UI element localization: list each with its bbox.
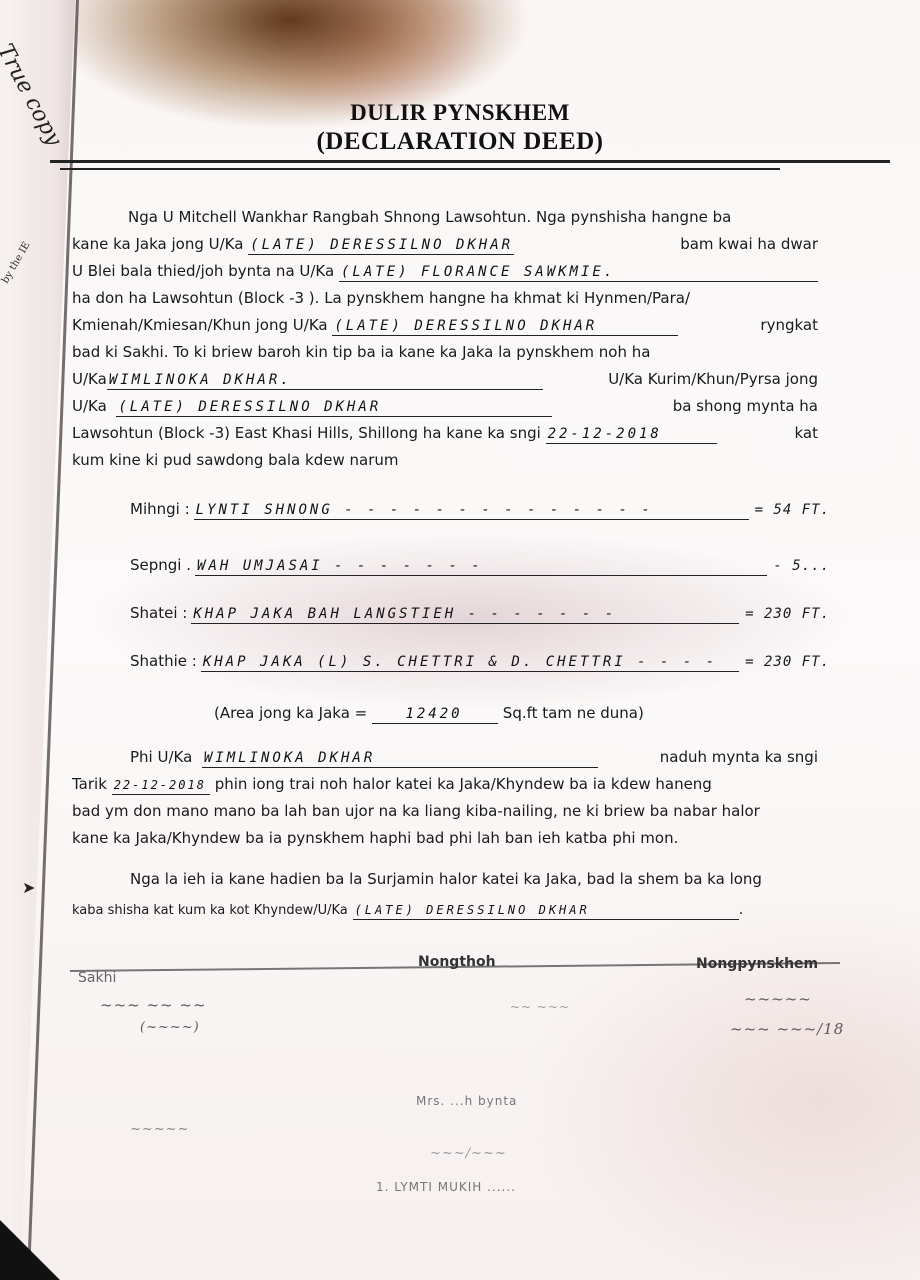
declarant-label: Nongpynskhem [696, 956, 818, 972]
writer-label: Nongthoh [418, 954, 496, 970]
document-title: DULIR PYNSKHEM [0, 100, 920, 126]
deceased-name-field: (LATE) DERESSILNO DKHAR [248, 236, 514, 255]
boundary-south: Shathie : KHAP JAKA (L) S. CHETTRI & D. … [130, 652, 830, 680]
margin-arrow-icon: ➤ [22, 878, 35, 897]
boundary-north-value: KHAP JAKA BAH LANGSTIEH - - - - - - - [191, 605, 739, 624]
boundary-west: Sepngi . WAH UMJASAI - - - - - - - - 5..… [130, 556, 830, 584]
para1-line7: U/Ka WIMLINOKA DKHAR. U/Ka Kurim/Khun/Py… [72, 370, 818, 397]
para3-line2: kaba shisha kat kum ka kot Khyndew/U/Ka … [72, 900, 818, 927]
boundary-west-value: WAH UMJASAI - - - - - - - [195, 557, 767, 576]
boundary-north-measure: = 230 FT. [745, 606, 830, 622]
witness-signature: ~~~ ~~ ~~ [100, 996, 207, 1014]
record-owner-field: (LATE) DERESSILNO DKHAR [353, 901, 739, 920]
witness-signature-date: (~~~~) [140, 1020, 200, 1035]
boundary-south-measure: = 230 FT. [745, 654, 830, 670]
boundary-east-measure: = 54 FT. [755, 502, 830, 518]
para1-line9: Lawsohtun (Block -3) East Khasi Hills, S… [72, 424, 818, 451]
para2-line4: kane ka Jaka/Khyndew ba ia pynskhem haph… [72, 829, 818, 856]
para2-line3: bad ym don mano mano ba lah ban ujor na … [72, 802, 818, 829]
effective-date-field: 22-12-2018 [112, 776, 210, 795]
lower-center-signature: ~~~/~~~ [430, 1146, 507, 1161]
boundary-east: Mihngi : LYNTI SHNONG - - - - - - - - - … [130, 500, 830, 528]
title-rule-top [50, 160, 890, 163]
origin-owner-field: (LATE) FLORANCE SAWKMIE. [339, 263, 818, 282]
para2-line1: Phi U/Ka WIMLINOKA DKHAR naduh mynta ka … [72, 748, 818, 775]
para1-line6: bad ki Sakhi. To ki briew baroh kin tip … [72, 343, 818, 370]
area-value-field: 12420 [372, 705, 498, 724]
para1-line10: kum kine ki pud sawdong bala kdew narum [72, 451, 818, 478]
declaration-date-field: 22-12-2018 [546, 425, 717, 444]
para1-line1: Nga U Mitchell Wankhar Rangbah Shnong La… [72, 208, 818, 235]
para1-line5: Kmienah/Kmiesan/Khun jong U/Ka (LATE) DE… [72, 316, 818, 343]
document-subtitle: (DECLARATION DEED) [0, 128, 920, 156]
family-of-field: (LATE) DERESSILNO DKHAR [332, 317, 678, 336]
boundary-south-value: KHAP JAKA (L) S. CHETTRI & D. CHETTRI - … [201, 653, 739, 672]
para3-line1: Nga la ieh ia kane hadien ba la Surjamin… [72, 870, 818, 897]
parent-name-field: (LATE) DERESSILNO DKHAR [116, 398, 552, 417]
para1-line8: U/Ka (LATE) DERESSILNO DKHAR ba shong my… [72, 397, 818, 424]
beneficiary-name-field: WIMLINOKA DKHAR. [107, 371, 543, 390]
lower-center-stamp: 1. LYMTI MUKIH ...... [376, 1180, 516, 1194]
witness-label: Sakhi [78, 970, 116, 986]
para1-line2: kane ka Jaka jong U/Ka (LATE) DERESSILNO… [72, 235, 818, 262]
document-page [0, 0, 920, 1280]
boundary-east-value: LYNTI SHNONG - - - - - - - - - - - - - - [194, 501, 749, 520]
declarant-signature: ~~~~~ [744, 990, 812, 1008]
title-rule-bottom [60, 168, 780, 170]
para1-line3: U Blei bala thied/joh bynta na U/Ka (LAT… [72, 262, 818, 289]
para1-line4: ha don ha Lawsohtun (Block -3 ). La pyns… [72, 289, 818, 316]
lower-witness-signature: ~~~~~ [130, 1122, 189, 1137]
boundary-west-measure: - 5... [773, 558, 830, 574]
declarant-signature-date: ~~~ ~~~/18 [730, 1020, 844, 1038]
grantee-name-field: WIMLINOKA DKHAR [202, 749, 598, 768]
writer-signature: ~~ ~~~ [510, 1000, 570, 1014]
para2-line2: Tarik 22-12-2018 phin iong trai noh halo… [72, 775, 818, 802]
lower-center-label: Mrs. ...h bynta [416, 1094, 517, 1108]
boundary-north: Shatei : KHAP JAKA BAH LANGSTIEH - - - -… [130, 604, 830, 632]
area-line: (Area jong ka Jaka = 12420 Sq.ft tam ne … [214, 704, 644, 724]
